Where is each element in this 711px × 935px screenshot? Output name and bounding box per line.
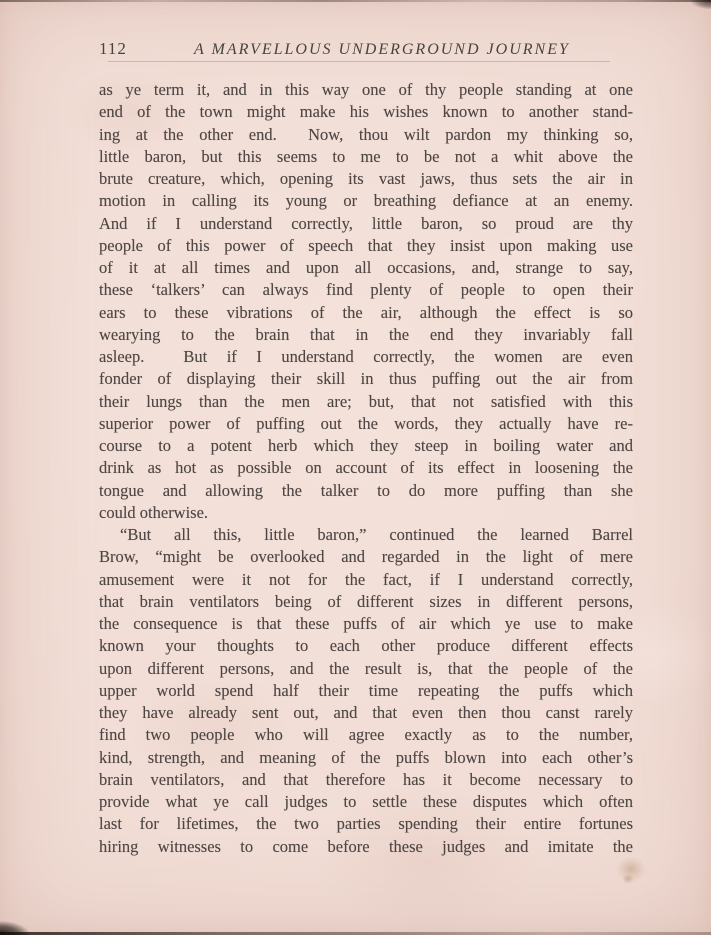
page-text: as ye term it, and in this way one of th… bbox=[99, 79, 633, 858]
paragraph: “But all this, little baron,” continued … bbox=[99, 524, 633, 858]
header-rule bbox=[108, 61, 610, 62]
scan-corner-bottom-left bbox=[0, 921, 30, 935]
text-line: end of the town might make his wishes kn… bbox=[99, 101, 633, 123]
text-line: last for lifetimes, the two parties spen… bbox=[99, 813, 633, 835]
text-line: the consequence is that these puffs of a… bbox=[99, 613, 633, 635]
text-line: known your thoughts to each other produc… bbox=[99, 635, 633, 657]
text-line: could otherwise. bbox=[99, 502, 633, 524]
text-line: provide what ye call judges to settle th… bbox=[99, 791, 633, 813]
text-line: that brain ventilators being of differen… bbox=[99, 591, 633, 613]
text-line: hiring witnesses to come before these ju… bbox=[99, 836, 633, 858]
text-line: superior power of puffing out the words,… bbox=[99, 413, 633, 435]
scan-corner-top-right bbox=[691, 0, 711, 9]
scan-edge-top bbox=[0, 0, 711, 2]
page-header: 112 A MARVELLOUS UNDERGROUND JOURNEY bbox=[99, 39, 633, 59]
text-line: of it at all times and upon all occasion… bbox=[99, 257, 633, 279]
text-line: And if I understand correctly, little ba… bbox=[99, 213, 633, 235]
text-line: wearying to the brain that in the end th… bbox=[99, 324, 633, 346]
book-page: 112 A MARVELLOUS UNDERGROUND JOURNEY as … bbox=[0, 0, 711, 935]
text-line: as ye term it, and in this way one of th… bbox=[99, 79, 633, 101]
paper-stain bbox=[622, 874, 634, 884]
text-line: fonder of displaying their skill in thus… bbox=[99, 368, 633, 390]
text-line: little baron, but this seems to me to be… bbox=[99, 146, 633, 168]
text-line: asleep. But if I understand correctly, t… bbox=[99, 346, 633, 368]
text-line: course to a potent herb which they steep… bbox=[99, 435, 633, 457]
text-line: upon different persons, and the result i… bbox=[99, 658, 633, 680]
text-line: brain ventilators, and that therefore ha… bbox=[99, 769, 633, 791]
text-line: ing at the other end. Now, thou wilt par… bbox=[99, 124, 633, 146]
text-line: Brow, “might be overlooked and regarded … bbox=[99, 546, 633, 568]
page-number: 112 bbox=[99, 39, 127, 59]
text-line: ears to these vibrations of the air, alt… bbox=[99, 302, 633, 324]
text-line: tongue and allowing the talker to do mor… bbox=[99, 480, 633, 502]
paragraph: as ye term it, and in this way one of th… bbox=[99, 79, 633, 524]
running-title: A MARVELLOUS UNDERGROUND JOURNEY bbox=[127, 41, 633, 59]
text-line: upper world spend half their time repeat… bbox=[99, 680, 633, 702]
text-line: people of this power of speech that they… bbox=[99, 235, 633, 257]
text-line: kind, strength, and meaning of the puffs… bbox=[99, 747, 633, 769]
text-line: motion in calling its young or breathing… bbox=[99, 190, 633, 212]
text-line: brute creature, which, opening its vast … bbox=[99, 168, 633, 190]
text-line: amusement were it not for the fact, if I… bbox=[99, 569, 633, 591]
text-line: their lungs than the men are; but, that … bbox=[99, 391, 633, 413]
text-line: “But all this, little baron,” continued … bbox=[99, 524, 633, 546]
text-line: drink as hot as possible on account of i… bbox=[99, 457, 633, 479]
text-line: these ‘talkers’ can always find plenty o… bbox=[99, 279, 633, 301]
text-line: find two people who will agree exactly a… bbox=[99, 724, 633, 746]
text-line: they have already sent out, and that eve… bbox=[99, 702, 633, 724]
